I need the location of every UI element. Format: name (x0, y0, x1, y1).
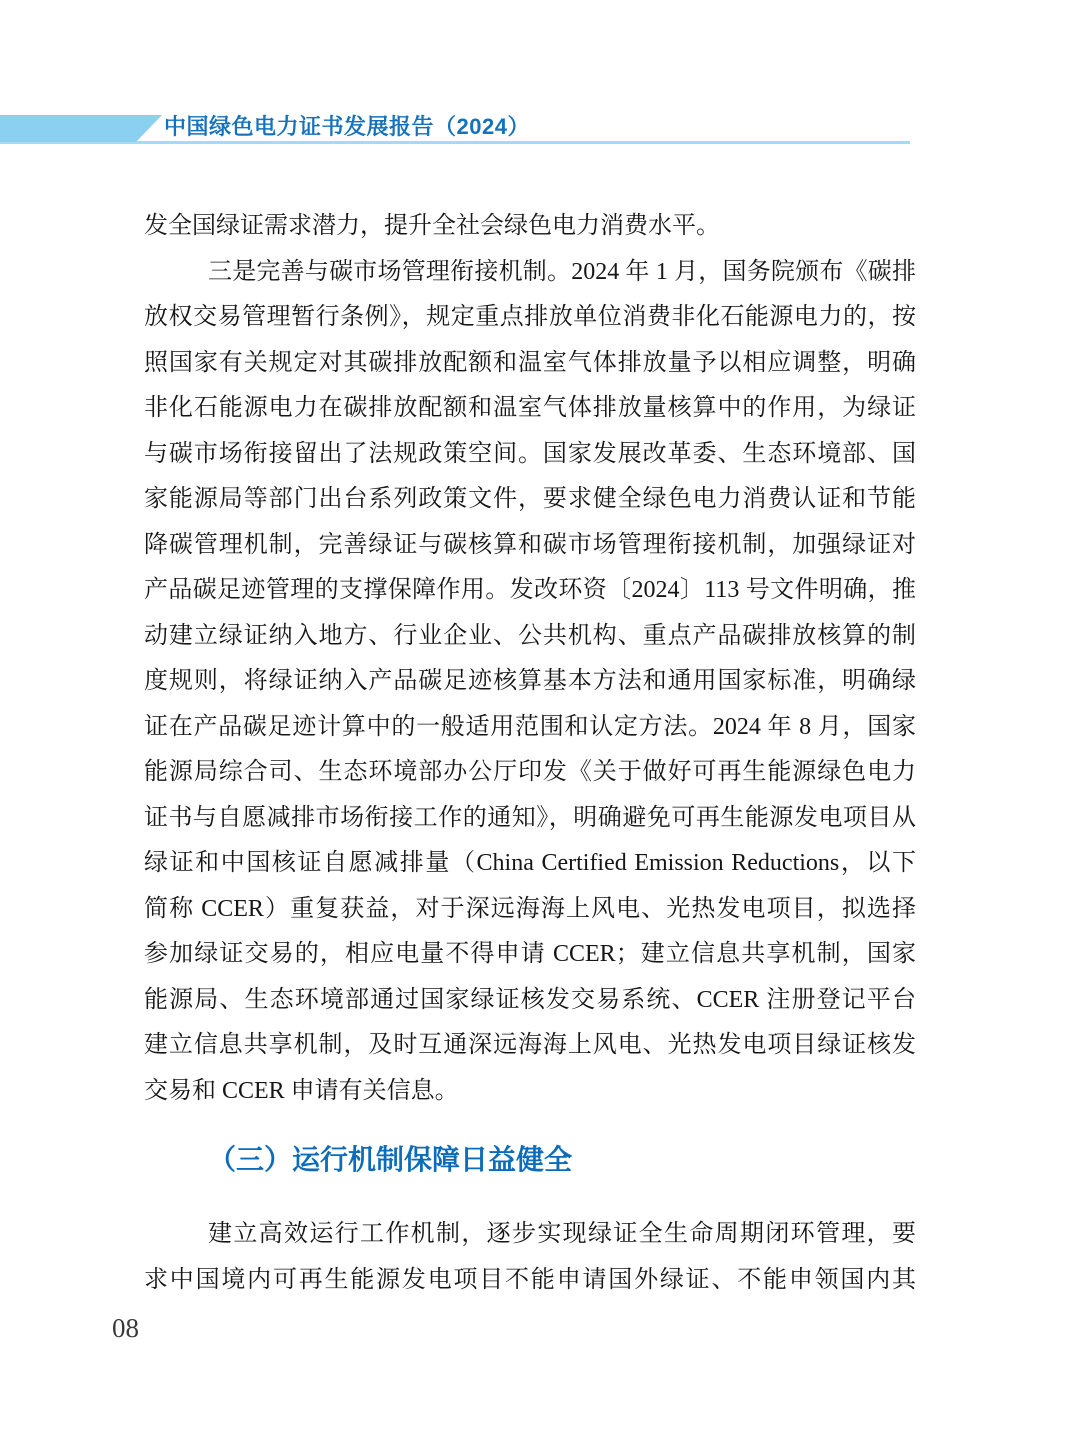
text-line: 参加绿证交易的，相应电量不得申请 CCER；建立信息共享机制，国家 (144, 932, 916, 978)
text-line: 降碳管理机制，完善绿证与碳核算和碳市场管理衔接机制，加强绿证对 (144, 523, 916, 569)
text-line: 能源局综合司、生态环境部办公厅印发《关于做好可再生能源绿色电力 (144, 750, 916, 796)
header-ribbon (0, 115, 162, 142)
text-line: 照国家有关规定对其碳排放配额和温室气体排放量予以相应调整，明确 (144, 341, 916, 387)
text-line: 放权交易管理暂行条例》，规定重点排放单位消费非化石能源电力的，按 (144, 295, 916, 341)
text-line: 发全国绿证需求潜力，提升全社会绿色电力消费水平。 (144, 204, 916, 250)
text-line: 绿证和中国核证自愿减排量（China Certified Emission Re… (144, 841, 916, 887)
text-line: 三是完善与碳市场管理衔接机制。2024 年 1 月，国务院颁布《碳排 (144, 250, 916, 296)
text-line: 度规则，将绿证纳入产品碳足迹核算基本方法和通用国家标准，明确绿 (144, 659, 916, 705)
text-line: 建立信息共享机制，及时互通深远海海上风电、光热发电项目绿证核发 (144, 1023, 916, 1069)
text-line: 家能源局等部门出台系列政策文件，要求健全绿色电力消费认证和节能 (144, 477, 916, 523)
document-page: 中国绿色电力证书发展报告（2024） 发全国绿证需求潜力，提升全社会绿色电力消费… (0, 0, 1080, 1454)
text-line: 产品碳足迹管理的支撑保障作用。发改环资〔2024〕113 号文件明确，推 (144, 568, 916, 614)
text-line: 求中国境内可再生能源发电项目不能申请国外绿证、不能申领国内其 (144, 1258, 916, 1304)
header-title: 中国绿色电力证书发展报告（2024） (164, 112, 530, 142)
text-line: 简称 CCER）重复获益，对于深远海海上风电、光热发电项目，拟选择 (144, 887, 916, 933)
text-line: 交易和 CCER 申请有关信息。 (144, 1069, 916, 1115)
text-line: 非化石能源电力在碳排放配额和温室气体排放量核算中的作用，为绿证 (144, 386, 916, 432)
text-line: 证在产品碳足迹计算中的一般适用范围和认定方法。2024 年 8 月，国家 (144, 705, 916, 751)
section-heading: （三）运行机制保障日益健全 (208, 1135, 916, 1185)
body-text: 发全国绿证需求潜力，提升全社会绿色电力消费水平。 三是完善与碳市场管理衔接机制。… (144, 204, 916, 1303)
text-line: 与碳市场衔接留出了法规政策空间。国家发展改革委、生态环境部、国 (144, 432, 916, 478)
text-line: 动建立绿证纳入地方、行业企业、公共机构、重点产品碳排放核算的制 (144, 614, 916, 660)
text-line: 证书与自愿减排市场衔接工作的通知》，明确避免可再生能源发电项目从 (144, 796, 916, 842)
page-number: 08 (112, 1313, 139, 1344)
text-line: 能源局、生态环境部通过国家绿证核发交易系统、CCER 注册登记平台 (144, 978, 916, 1024)
text-line: 建立高效运行工作机制，逐步实现绿证全生命周期闭环管理，要 (144, 1212, 916, 1258)
